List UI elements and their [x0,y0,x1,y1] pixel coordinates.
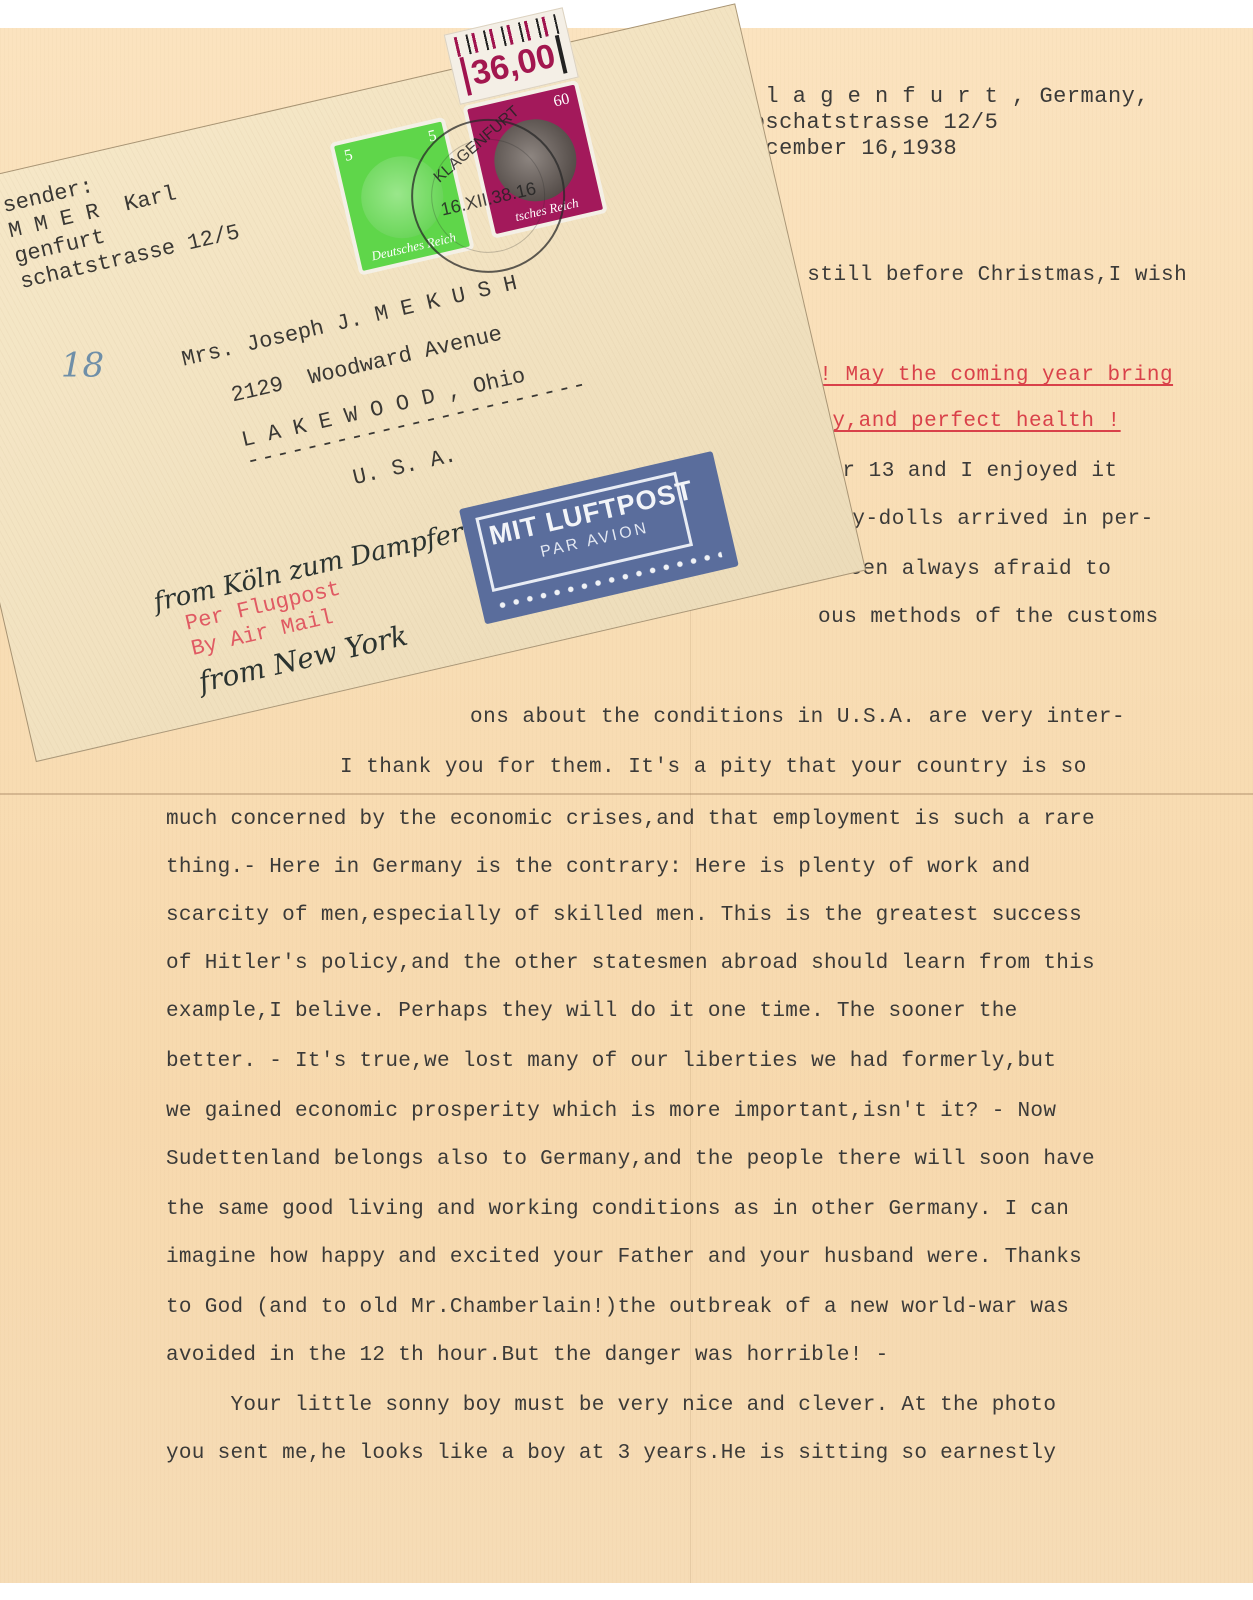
letter-body-line: Sudettenland belongs also to Germany,and… [166,1148,1095,1171]
envelope: sender: M M E R Karl genfurt schatstrass… [0,195,805,915]
letter-line-red: 39 ! May the coming year bring [780,364,1173,387]
letter-body-line: avoided in the 12 th hour.But the danger… [166,1344,889,1367]
letter-body-line: you sent me,he looks like a boy at 3 yea… [166,1442,1056,1465]
letter-street: Koschatstrasse 12/5 [738,110,998,135]
recipient-country: U. S. A. [351,443,460,491]
letter-line: ve still before Christmas,I wish [768,264,1187,287]
handwritten-number: 18 [61,345,104,385]
letter-body-line: example,I belive. Perhaps they will do i… [166,1000,1018,1023]
letter-line: ous methods of the customs [818,606,1159,629]
letter-body-line: imagine how happy and excited your Fathe… [166,1246,1082,1269]
letter-body-line: better. - It's true,we lost many of our … [166,1050,1056,1073]
airmail-label: MIT LUFTPOST PAR AVION [459,451,739,624]
letter-city-line: K l a g e n f u r t , Germany, [738,84,1149,109]
letter-body-line: Your little sonny boy must be very nice … [166,1394,1056,1417]
letter-body-line: of Hitler's policy,and the other statesm… [166,952,1095,975]
letter-body-line: the same good living and working conditi… [166,1198,1069,1221]
letter-body-line: to God (and to old Mr.Chamberlain!)the o… [166,1296,1069,1319]
letter-body-line: we gained economic prosperity which is m… [166,1100,1056,1123]
